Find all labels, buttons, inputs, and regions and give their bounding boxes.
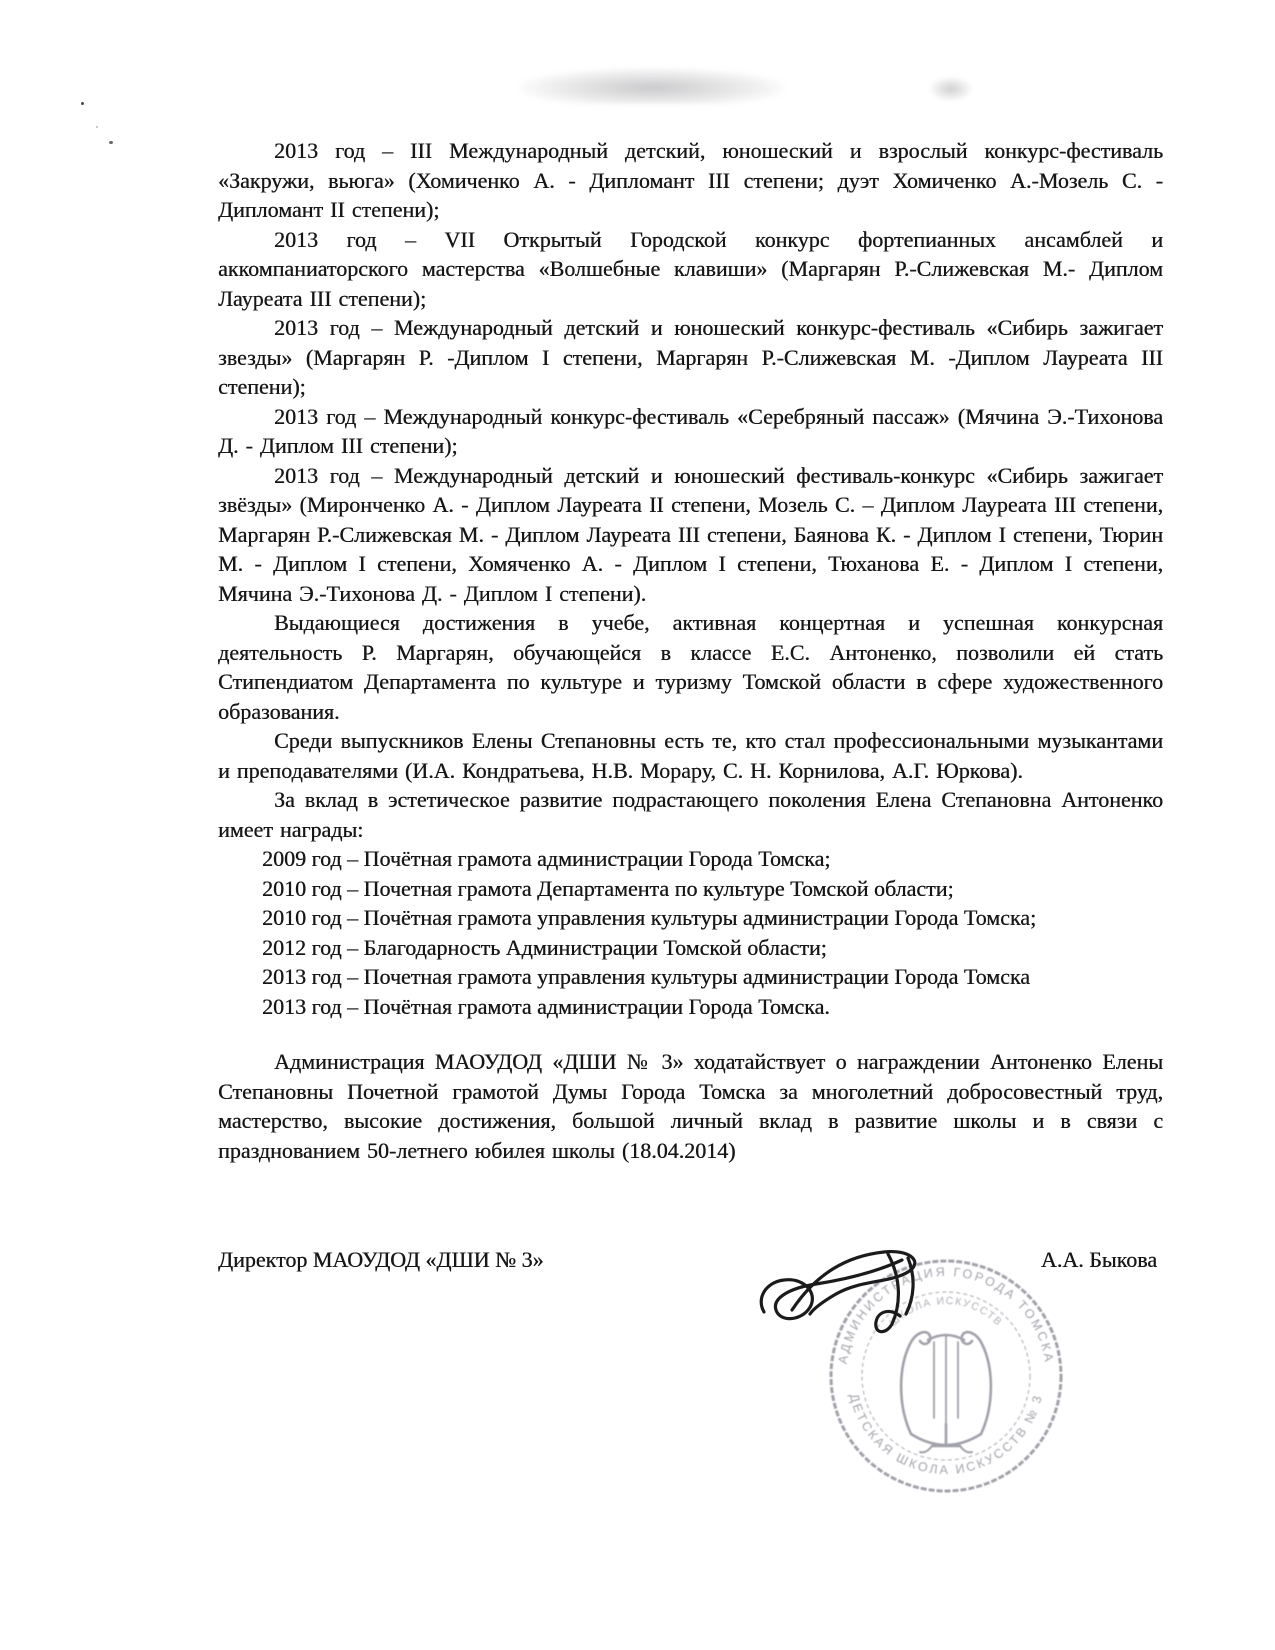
paragraph-competition-1: 2013 год – III Международный детский, юн… bbox=[218, 136, 1163, 225]
paragraph-competition-3: 2013 год – Международный детский и юноше… bbox=[218, 313, 1163, 402]
scan-smudge bbox=[520, 68, 785, 104]
paragraph-competition-5: 2013 год – Международный детский и юноше… bbox=[218, 461, 1163, 609]
paragraph-competition-2: 2013 год – VII Открытый Городской конкур… bbox=[218, 225, 1163, 314]
award-line: 2013 год – Почетная грамота управления к… bbox=[218, 962, 1163, 992]
scan-speck bbox=[109, 141, 113, 144]
awards-list: 2009 год – Почётная грамота администраци… bbox=[218, 844, 1163, 1021]
scanned-document-page: 2013 год – III Международный детский, юн… bbox=[0, 0, 1275, 1650]
document-body: 2013 год – III Международный детский, юн… bbox=[218, 136, 1163, 1275]
paragraph-graduates: Среди выпускников Елены Степановны есть … bbox=[218, 726, 1163, 785]
scan-speck bbox=[96, 126, 98, 128]
award-line: 2013 год – Почётная грамота администраци… bbox=[218, 992, 1163, 1022]
award-line: 2009 год – Почётная грамота администраци… bbox=[218, 844, 1163, 874]
lyre-icon bbox=[901, 1332, 991, 1452]
closing-paragraph: Администрация МАОУДОД «ДШИ № 3» ходатайс… bbox=[218, 1047, 1163, 1165]
paragraph-competition-4: 2013 год – Международный конкурс-фестива… bbox=[218, 402, 1163, 461]
signature-name: А.А. Быкова bbox=[1041, 1245, 1157, 1275]
award-line: 2010 год – Почётная грамота управления к… bbox=[218, 903, 1163, 933]
scan-smudge bbox=[928, 76, 974, 102]
paragraph-awards-intro: За вклад в эстетическое развитие подраст… bbox=[218, 785, 1163, 844]
paragraph-achievements: Выдающиеся достижения в учебе, активная … bbox=[218, 608, 1163, 726]
signature-row: Директор МАОУДОД «ДШИ № 3» А.А. Быкова bbox=[218, 1245, 1163, 1275]
scan-speck bbox=[81, 102, 84, 105]
signature-scrawl bbox=[756, 1240, 961, 1340]
award-line: 2010 год – Почетная грамота Департамента… bbox=[218, 874, 1163, 904]
award-line: 2012 год – Благодарность Администрации Т… bbox=[218, 933, 1163, 963]
signature-title: Директор МАОУДОД «ДШИ № 3» bbox=[218, 1245, 544, 1275]
